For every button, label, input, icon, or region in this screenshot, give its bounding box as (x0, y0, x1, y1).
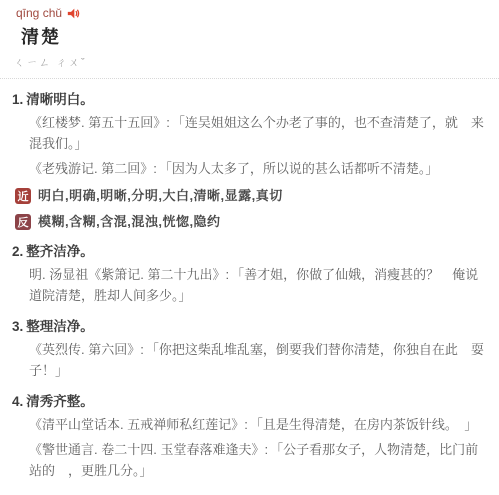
definition-meaning: 清秀齐整。 (26, 394, 94, 409)
definition-number: 4. (12, 394, 23, 409)
header-divider (0, 78, 499, 79)
quote-source: 明. 汤显祖《紫箫记. 第二十九出》: (29, 267, 229, 282)
quote-line: 《英烈传. 第六回》:「你把这柴乱堆乱塞，倒要我们替你清楚，你独自在此 耍子！」 (12, 339, 487, 381)
quote-line: 明. 汤显祖《紫箫记. 第二十九出》:「善才姐，你做了仙娥，消瘦甚的？ 俺说道院… (12, 264, 487, 306)
quote-source: 《清平山堂话本. 五戒禅师私红莲记》: (29, 417, 248, 432)
definition-section-2: 2.整齐洁净。 明. 汤显祖《紫箫记. 第二十九出》:「善才姐，你做了仙娥，消瘦… (12, 243, 487, 306)
definition-heading: 4.清秀齐整。 (12, 393, 487, 410)
quote-source: 《老残游记. 第二回》: (29, 161, 157, 176)
definition-heading: 2.整齐洁净。 (12, 243, 487, 260)
speaker-icon[interactable] (67, 7, 80, 20)
zhuyin-text: ㄑㄧㄥ ㄔㄨˇ (12, 54, 487, 70)
antonym-words: 模糊,含糊,含混,混浊,恍惚,隐约 (38, 213, 221, 231)
pinyin-row: qīng chǔ (12, 6, 487, 20)
definition-section-4: 4.清秀齐整。 《清平山堂话本. 五戒禅师私红莲记》:「且是生得清楚，在房内茶饭… (12, 393, 487, 481)
quote-line: 《红楼梦. 第五十五回》:「连吴姐姐这么个办老了事的，也不查清楚了，就 来混我们… (12, 112, 487, 154)
antonym-badge: 反 (15, 214, 31, 230)
definition-number: 1. (12, 92, 23, 107)
dictionary-page: qīng chǔ 清楚 ㄑㄧㄥ ㄔㄨˇ 1.清晰明白。 《红楼梦. 第五十五回》… (0, 0, 499, 495)
definition-section-3: 3.整理洁净。 《英烈传. 第六回》:「你把这柴乱堆乱塞，倒要我们替你清楚，你独… (12, 318, 487, 381)
synonym-words: 明白,明确,明晰,分明,大白,清晰,显露,真切 (38, 187, 283, 205)
quote-line: 《警世通言. 卷二十四. 玉堂春落难逢夫》:「公子看那女子，人物清楚，比门前站的… (12, 439, 487, 481)
quote-source: 《警世通言. 卷二十四. 玉堂春落难逢夫》: (29, 442, 268, 457)
definition-heading: 1.清晰明白。 (12, 91, 487, 108)
quote-text: 「且是生得清楚，在房内茶饭针线。 」 (250, 417, 478, 432)
synonym-badge: 近 (15, 188, 31, 204)
definition-section-1: 1.清晰明白。 《红楼梦. 第五十五回》:「连吴姐姐这么个办老了事的，也不查清楚… (12, 91, 487, 231)
entry-word: 清楚 (12, 23, 487, 49)
quote-source: 《红楼梦. 第五十五回》: (29, 115, 170, 130)
definition-meaning: 清晰明白。 (26, 92, 94, 107)
quote-line: 《清平山堂话本. 五戒禅师私红莲记》:「且是生得清楚，在房内茶饭针线。 」 (12, 414, 487, 435)
definition-number: 3. (12, 319, 23, 334)
definition-heading: 3.整理洁净。 (12, 318, 487, 335)
definition-number: 2. (12, 244, 23, 259)
quote-line: 《老残游记. 第二回》:「因为人太多了，所以说的甚么话都听不清楚。」 (12, 158, 487, 179)
pinyin-text: qīng chǔ (16, 6, 62, 20)
antonym-row: 反 模糊,含糊,含混,混浊,恍惚,隐约 (12, 213, 487, 231)
definition-meaning: 整齐洁净。 (26, 244, 94, 259)
entry-header: qīng chǔ 清楚 ㄑㄧㄥ ㄔㄨˇ (0, 6, 499, 70)
quote-source: 《英烈传. 第六回》: (29, 342, 144, 357)
definition-meaning: 整理洁净。 (26, 319, 94, 334)
quote-text: 「因为人太多了，所以说的甚么话都听不清楚。」 (159, 161, 439, 176)
synonym-row: 近 明白,明确,明晰,分明,大白,清晰,显露,真切 (12, 187, 487, 205)
definitions-list: 1.清晰明白。 《红楼梦. 第五十五回》:「连吴姐姐这么个办老了事的，也不查清楚… (0, 91, 499, 481)
